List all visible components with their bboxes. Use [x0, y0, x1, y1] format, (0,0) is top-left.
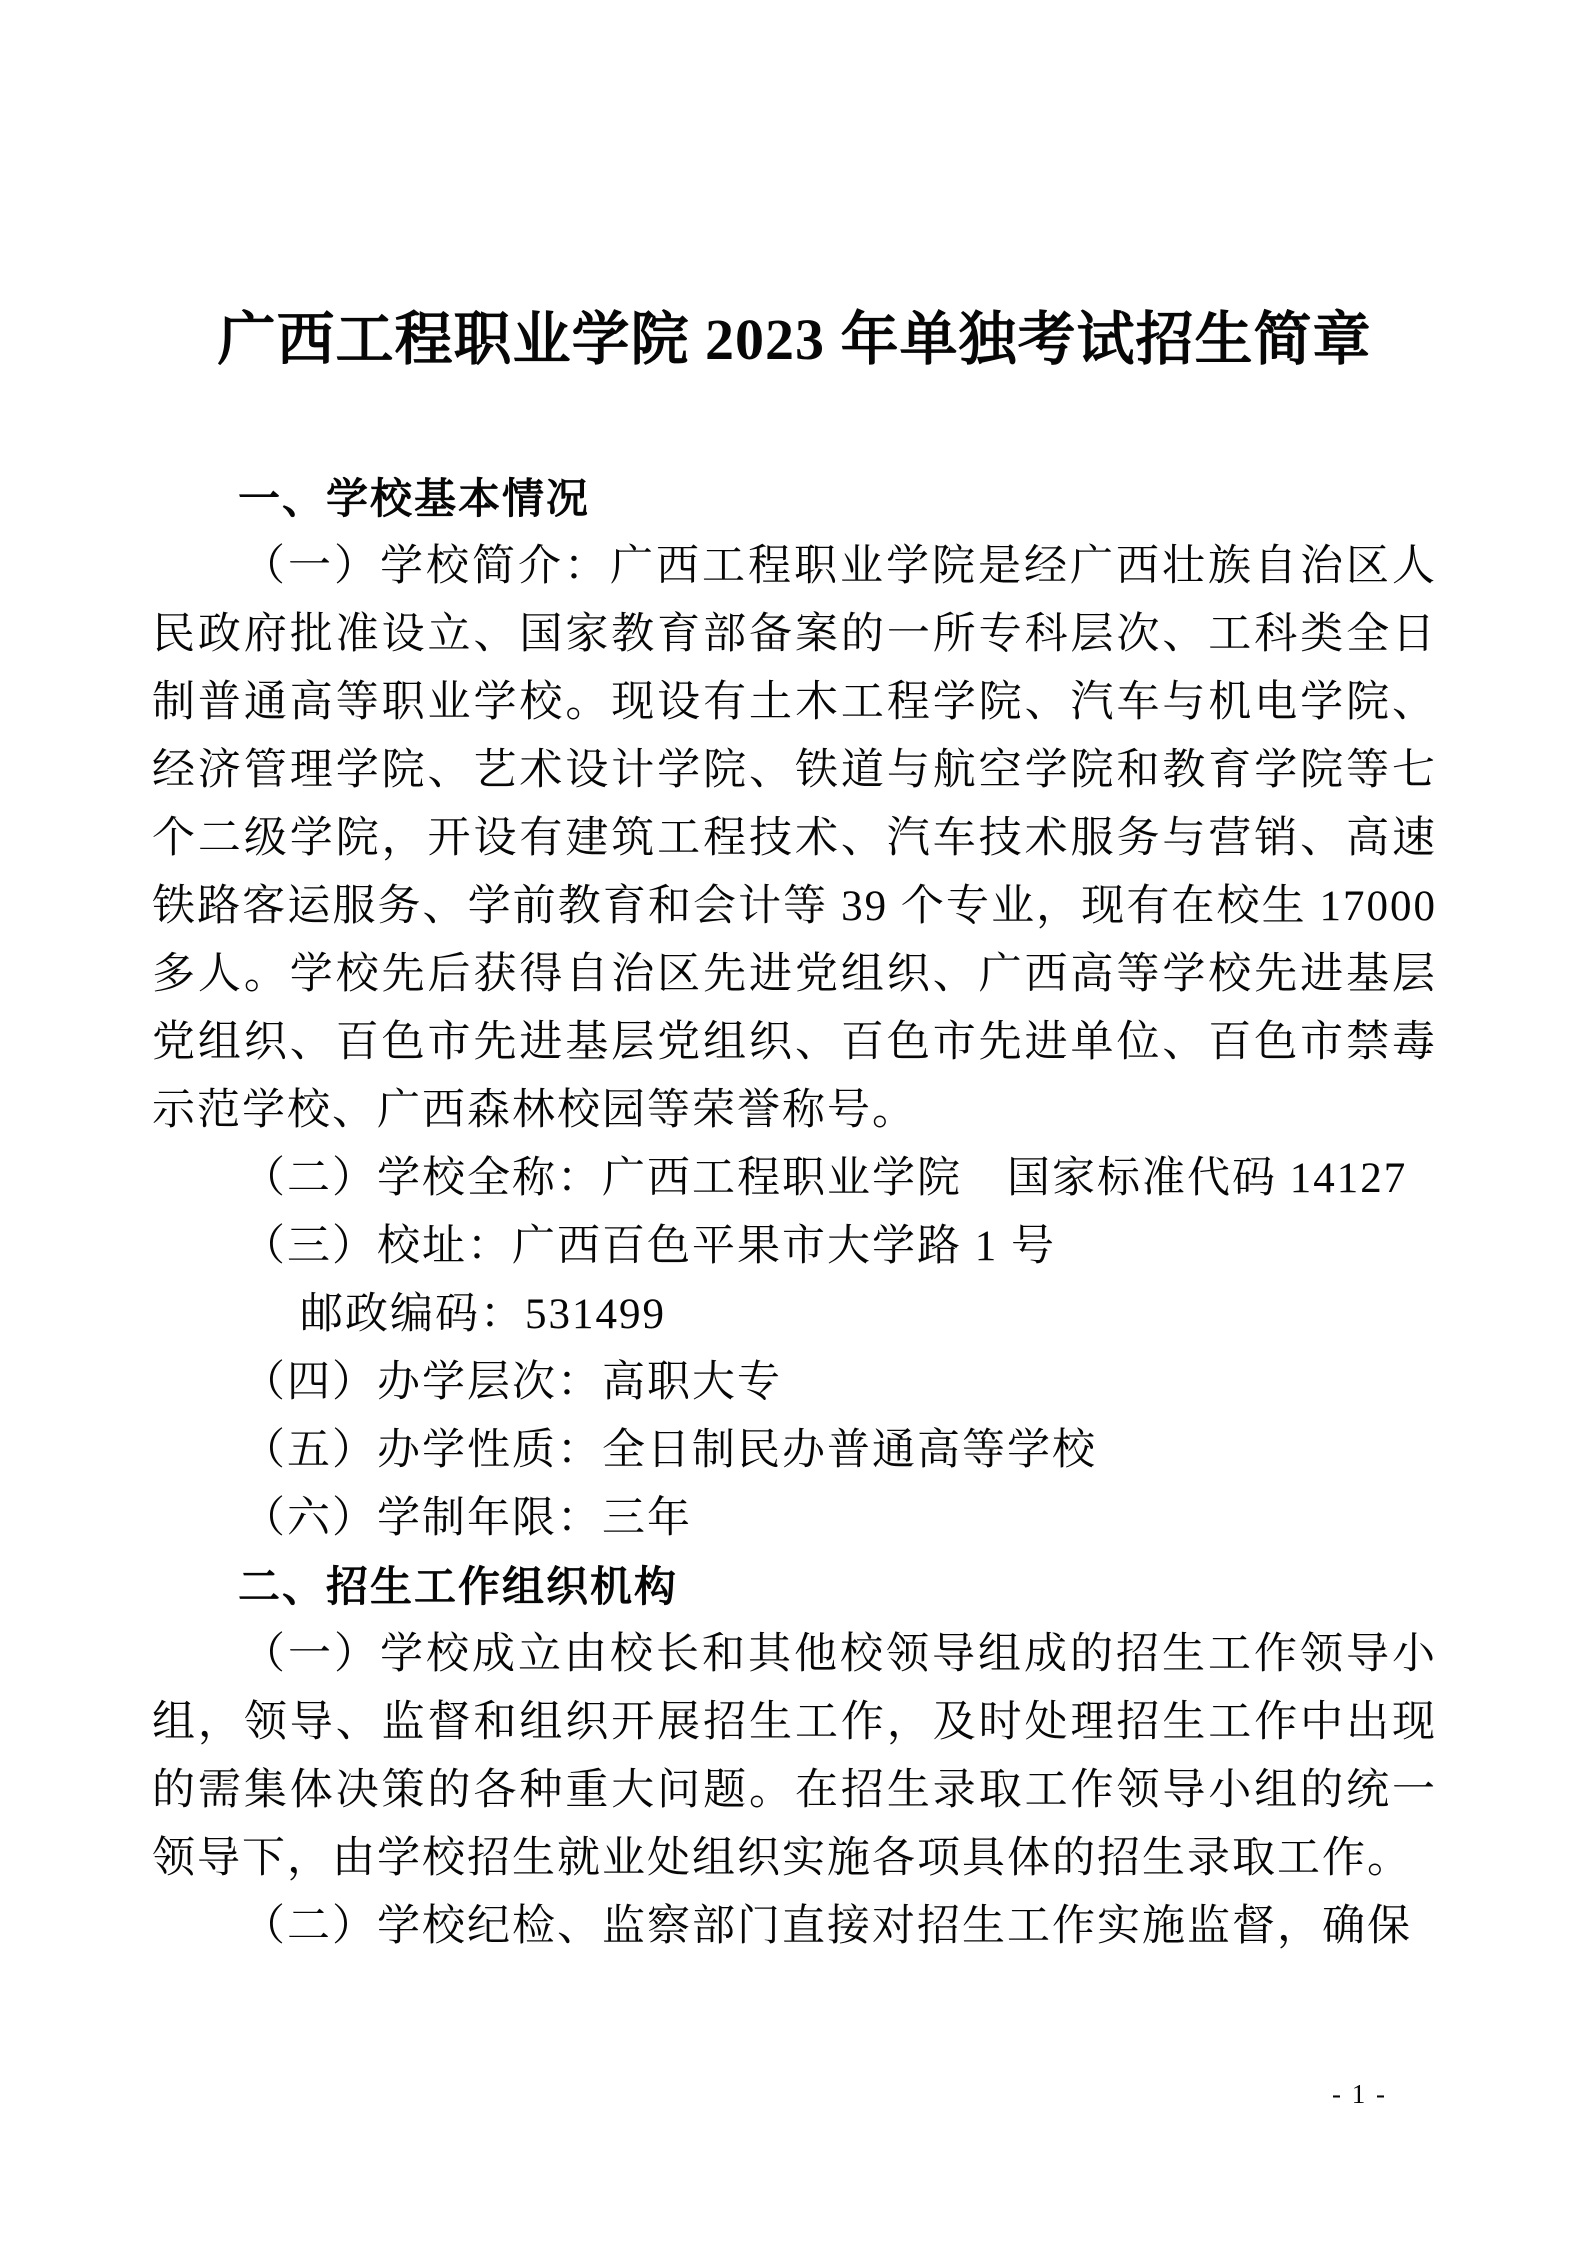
- document-page: { "document": { "title": "广西工程职业学院 2023 …: [0, 0, 1587, 2245]
- item-school-nature: （五）办学性质：全日制民办普通高等学校: [152, 1417, 1437, 1485]
- admissions-leadership-paragraph: （一）学校成立由校长和其他校领导组成的招生工作领导小组，领导、监督和组织开展招生…: [152, 1621, 1437, 1893]
- section-heading-school-basic-info: 一、学校基本情况: [152, 465, 1437, 533]
- item-study-duration: （六）学制年限：三年: [152, 1485, 1437, 1553]
- document-body: 广西工程职业学院 2023 年单独考试招生简章 一、学校基本情况 （一）学校简介…: [0, 0, 1587, 2245]
- item-postal-code: 邮政编码：531499: [152, 1281, 1437, 1349]
- document-title: 广西工程职业学院 2023 年单独考试招生简章: [152, 300, 1437, 380]
- page-number: - 1 -: [1332, 2078, 1387, 2110]
- item-school-full-name: （二）学校全称：广西工程职业学院 国家标准代码 14127: [152, 1145, 1437, 1213]
- section-heading-admissions-organization: 二、招生工作组织机构: [152, 1553, 1437, 1621]
- item-education-level: （四）办学层次：高职大专: [152, 1349, 1437, 1417]
- item-school-address: （三）校址：广西百色平果市大学路 1 号: [152, 1213, 1437, 1281]
- admissions-supervision-paragraph: （二）学校纪检、监察部门直接对招生工作实施监督，确保: [152, 1893, 1437, 1961]
- school-intro-paragraph: （一）学校简介：广西工程职业学院是经广西壮族自治区人民政府批准设立、国家教育部备…: [152, 533, 1437, 1145]
